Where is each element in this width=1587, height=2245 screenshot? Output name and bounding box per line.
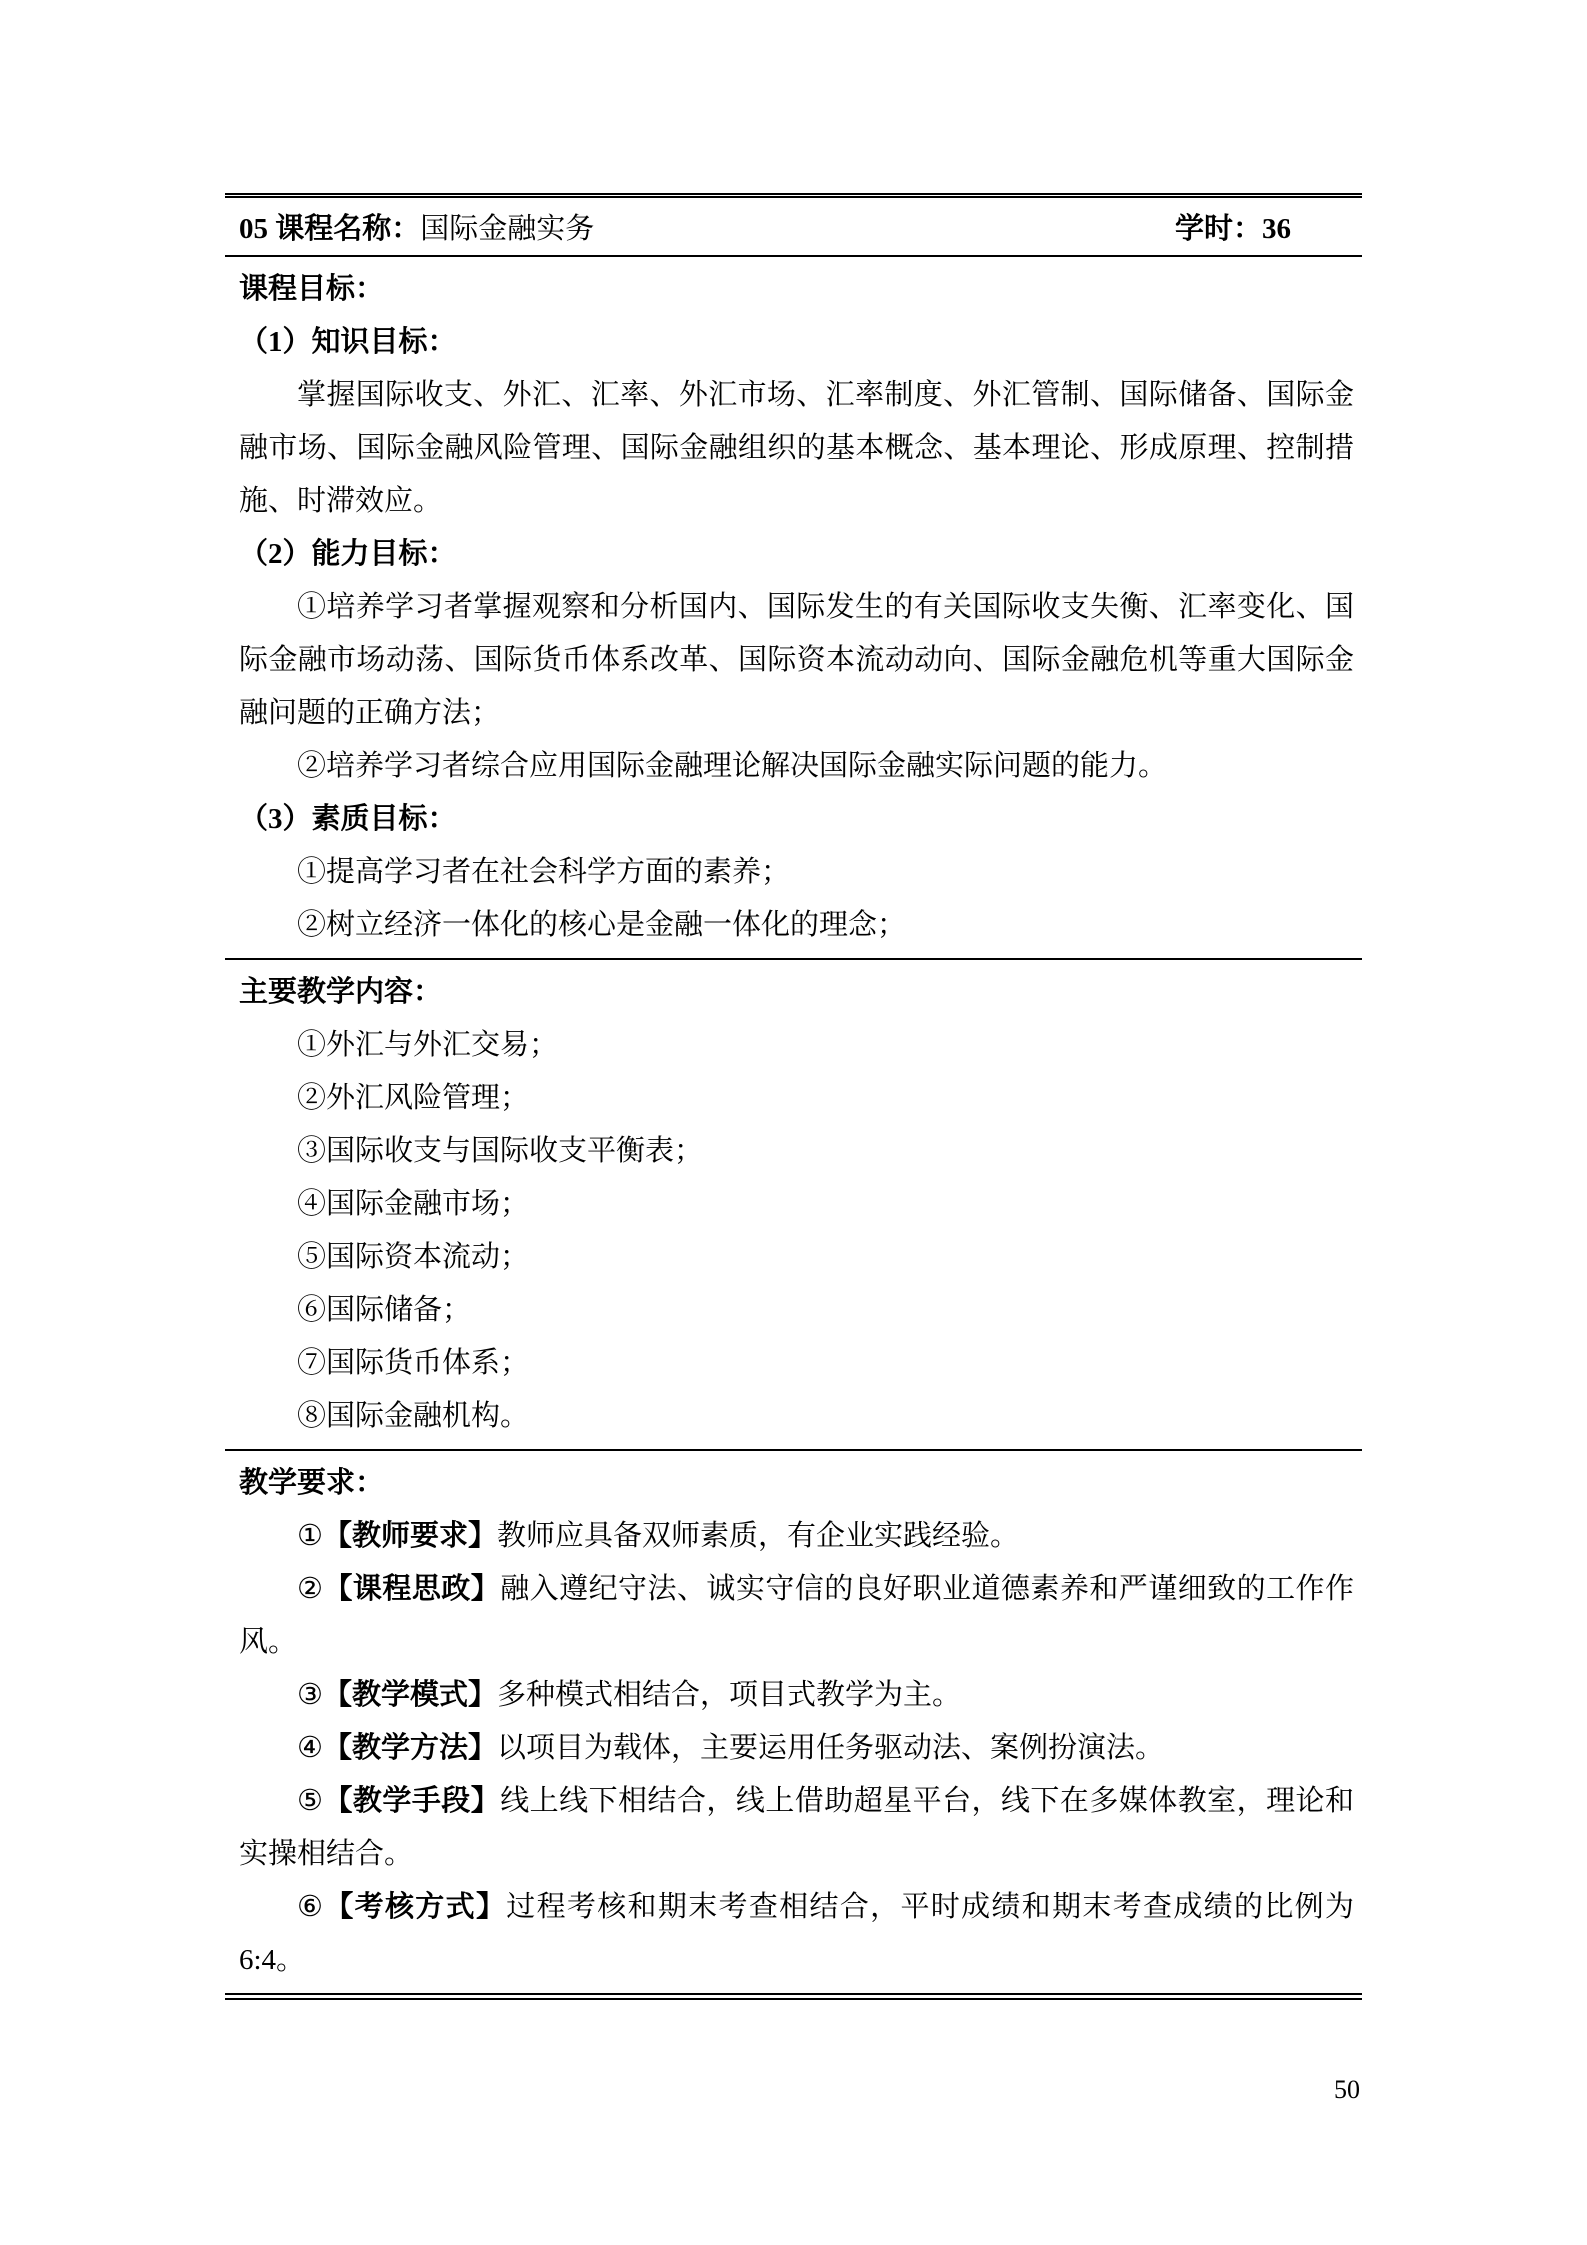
requirement-tag: 【教师要求】 [323,1520,497,1552]
requirement-item: ②【课程思政】融入遵纪守法、诚实守信的良好职业道德素养和严谨细致的工作作风。 [239,1563,1354,1669]
document-page: 05 课程名称：国际金融实务 学时：36 课程目标： （1）知识目标： 掌握国际… [0,0,1587,2245]
requirement-tag: 【考核方式】 [324,1891,506,1923]
teaching-requirements-heading: 教学要求： [239,1457,1354,1510]
teaching-content-item: ④国际金融市场； [239,1178,1354,1231]
requirement-number: ⑥ [297,1891,324,1923]
requirement-text: 以项目为载体，主要运用任务驱动法、案例扮演法。 [497,1732,1164,1764]
teaching-content-item: ②外汇风险管理； [239,1072,1354,1125]
requirement-number: ② [297,1573,323,1605]
requirement-number: ⑤ [297,1785,323,1817]
ability-objective-item: ②培养学习者综合应用国际金融理论解决国际金融实际问题的能力。 [239,740,1354,793]
quality-objective-item: ①提高学习者在社会科学方面的素养； [239,846,1354,899]
course-name-value: 国际金融实务 [420,213,594,245]
ability-objectives-subheading: （2）能力目标： [239,528,1354,581]
teaching-content-item: ⑤国际资本流动； [239,1231,1354,1284]
course-title: 05 课程名称：国际金融实务 [239,206,594,247]
teaching-content-item: ⑧国际金融机构。 [239,1390,1354,1443]
course-hours: 学时：36 [1175,206,1291,247]
page-number: 50 [1334,2075,1360,2105]
requirement-text: 多种模式相结合，项目式教学为主。 [497,1679,961,1711]
requirement-tag: 【教学模式】 [323,1679,497,1711]
requirement-number: ③ [297,1679,323,1711]
course-outline-table: 05 课程名称：国际金融实务 学时：36 课程目标： （1）知识目标： 掌握国际… [225,193,1362,2000]
requirement-tag: 【课程思政】 [323,1573,500,1605]
requirement-item: ⑥【考核方式】过程考核和期末考查相结合，平时成绩和期末考查成绩的比例为6:4。 [239,1881,1354,1987]
quality-objective-item: ②树立经济一体化的核心是金融一体化的理念； [239,899,1354,952]
requirement-text: 教师应具备双师素质，有企业实践经验。 [497,1520,1019,1552]
requirement-item: ③【教学模式】多种模式相结合，项目式教学为主。 [239,1669,1354,1722]
section-teaching-requirements: 教学要求： ①【教师要求】教师应具备双师素质，有企业实践经验。 ②【课程思政】融… [225,1451,1362,1993]
course-header-row: 05 课程名称：国际金融实务 学时：36 [225,198,1362,257]
teaching-content-item: ⑥国际储备； [239,1284,1354,1337]
teaching-content-item: ①外汇与外汇交易； [239,1019,1354,1072]
course-name-label: 05 课程名称： [239,213,420,245]
teaching-content-item: ③国际收支与国际收支平衡表； [239,1125,1354,1178]
quality-objectives-subheading: （3）素质目标： [239,793,1354,846]
requirement-tag: 【教学手段】 [323,1785,500,1817]
teaching-content-item: ⑦国际货币体系； [239,1337,1354,1390]
requirement-item: ⑤【教学手段】线上线下相结合，线上借助超星平台，线下在多媒体教室，理论和实操相结… [239,1775,1354,1881]
requirement-item: ①【教师要求】教师应具备双师素质，有企业实践经验。 [239,1510,1354,1563]
section-course-objectives: 课程目标： （1）知识目标： 掌握国际收支、外汇、汇率、外汇市场、汇率制度、外汇… [225,257,1362,960]
ability-objective-item: ①培养学习者掌握观察和分析国内、国际发生的有关国际收支失衡、汇率变化、国际金融市… [239,581,1354,740]
requirement-item: ④【教学方法】以项目为载体，主要运用任务驱动法、案例扮演法。 [239,1722,1354,1775]
knowledge-objectives-subheading: （1）知识目标： [239,316,1354,369]
requirement-number: ① [297,1520,323,1552]
objectives-heading: 课程目标： [239,263,1354,316]
requirement-tag: 【教学方法】 [323,1732,497,1764]
teaching-content-heading: 主要教学内容： [239,966,1354,1019]
requirement-number: ④ [297,1732,323,1764]
section-teaching-content: 主要教学内容： ①外汇与外汇交易； ②外汇风险管理； ③国际收支与国际收支平衡表… [225,960,1362,1451]
knowledge-objectives-paragraph: 掌握国际收支、外汇、汇率、外汇市场、汇率制度、外汇管制、国际储备、国际金融市场、… [239,369,1354,528]
